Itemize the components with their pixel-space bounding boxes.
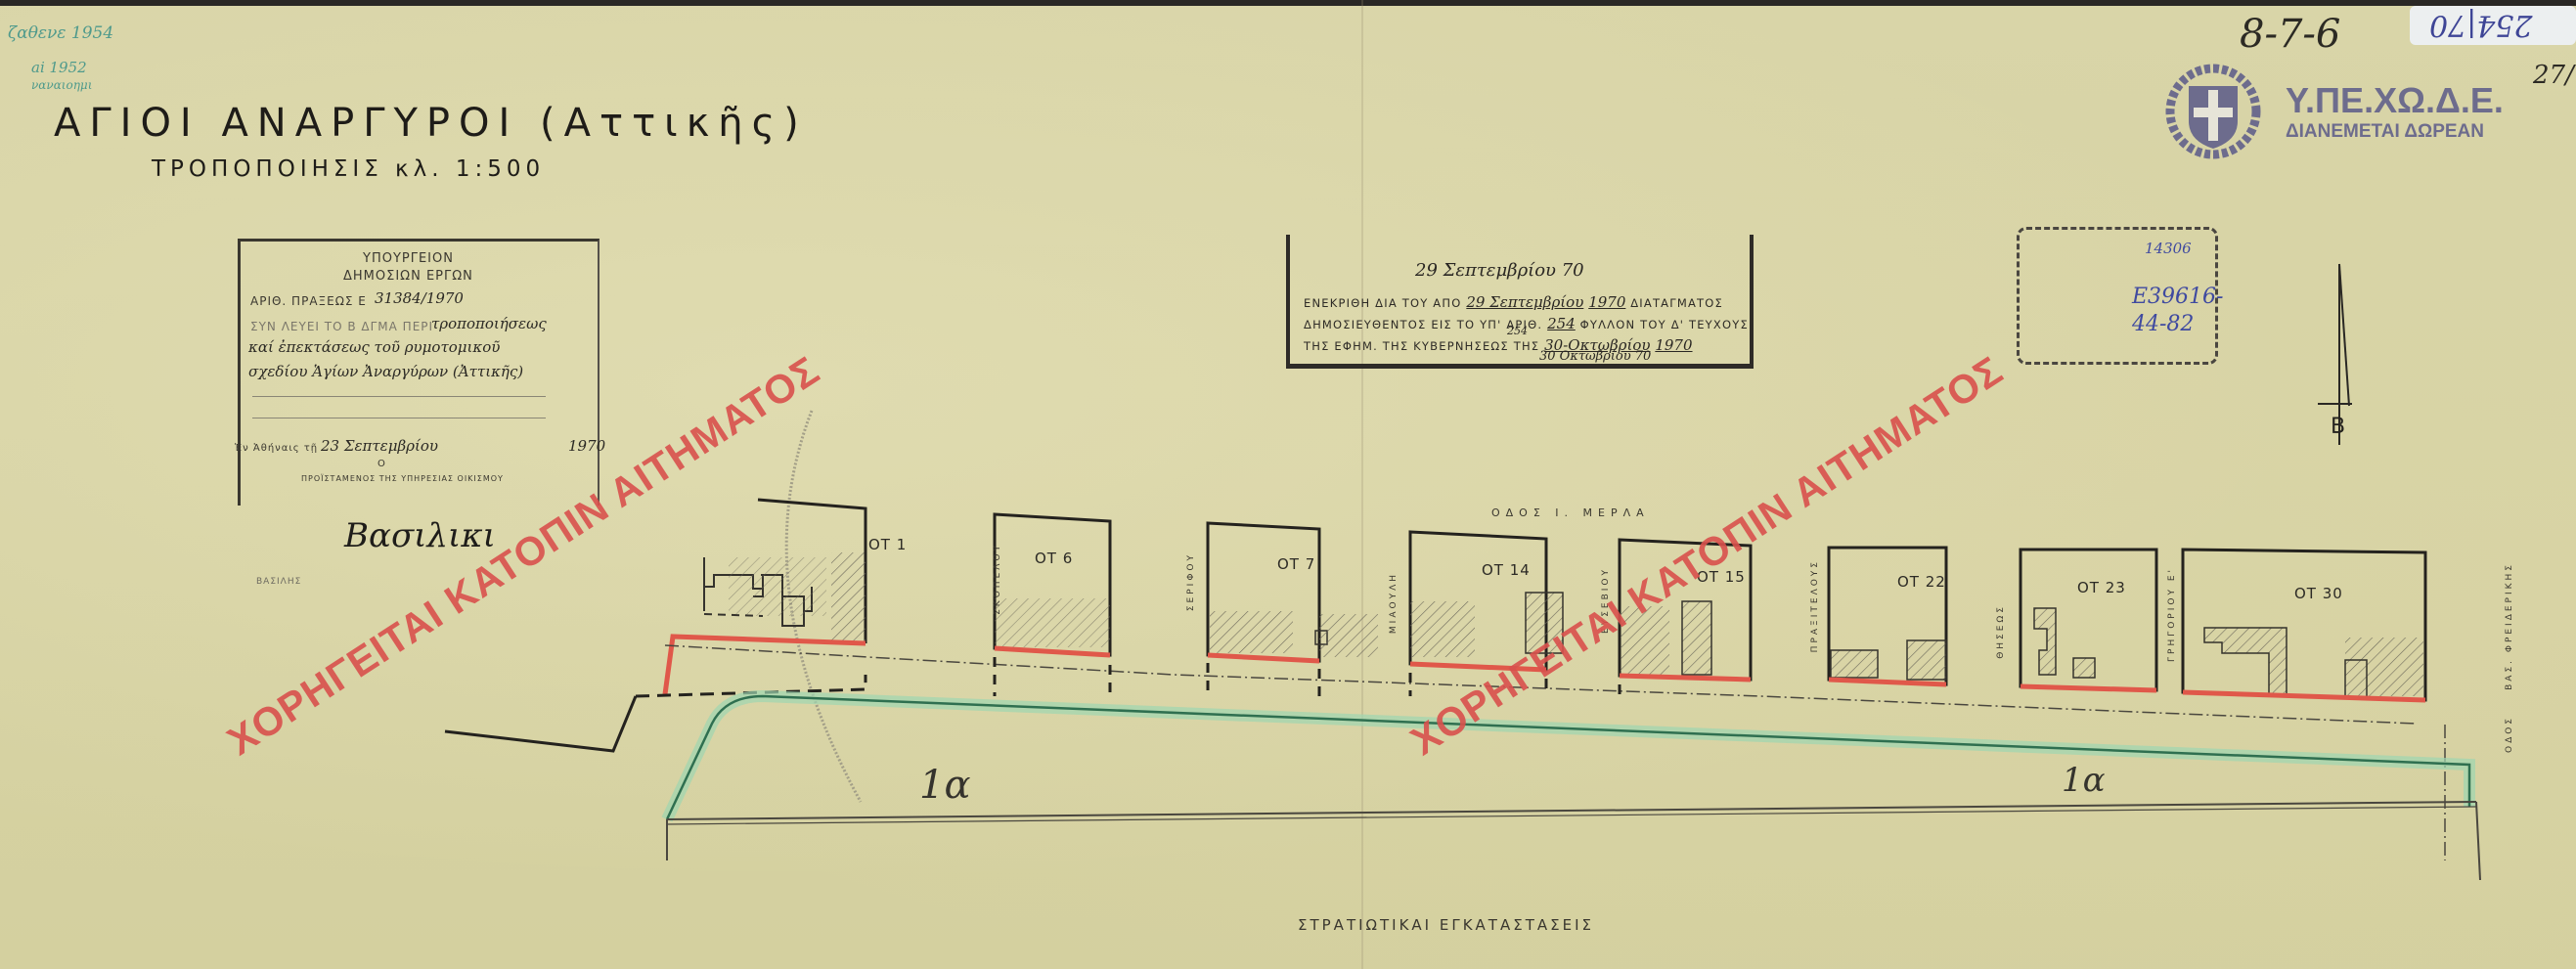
street-label: ΣΕΡΙΦΟΥ <box>1186 552 1196 611</box>
block-label: ΟΤ 22 <box>1897 573 1946 591</box>
street-label: ΟΔΟΣ <box>2505 716 2514 753</box>
block-label: ΟΤ 1 <box>868 536 907 553</box>
street-label: ΠΡΑΞΙΤΕΛΟΥΣ <box>1810 559 1820 652</box>
street-label: ΜΙΑΟΥΛΗ <box>1389 572 1399 634</box>
block-label: ΟΤ 6 <box>1035 550 1073 567</box>
block-label: ΟΤ 30 <box>2294 585 2343 602</box>
street-label: ΓΡΗΓΟΡΙΟΥ Ε' <box>2167 567 2177 662</box>
block-label: ΟΤ 14 <box>1482 561 1531 579</box>
street-label: ΘΗΣΕΩΣ <box>1996 604 2006 659</box>
block-label: ΟΤ 7 <box>1277 555 1315 573</box>
block-label: ΟΤ 23 <box>2077 579 2126 596</box>
street-label: ΟΔΟΣ Ι. ΜΕΡΛΑ <box>1491 507 1650 519</box>
street-label: ΒΑΣ. ΦΡΕΙΔΕΡΙΚΗΣ <box>2505 562 2514 690</box>
site-plan-drawing <box>0 0 2576 969</box>
street-label: ΣΚΟΠΕΛΟΥ <box>993 543 1002 615</box>
military-installations-label: ΣΤΡΑΤΙΩΤΙΚΑΙ ΕΓΚΑΤΑΣΤΑΣΕΙΣ <box>1298 916 1594 934</box>
zone-label: 1α <box>2062 761 2106 800</box>
north-label: Β <box>2331 415 2345 439</box>
zone-label: 1α <box>919 763 970 808</box>
